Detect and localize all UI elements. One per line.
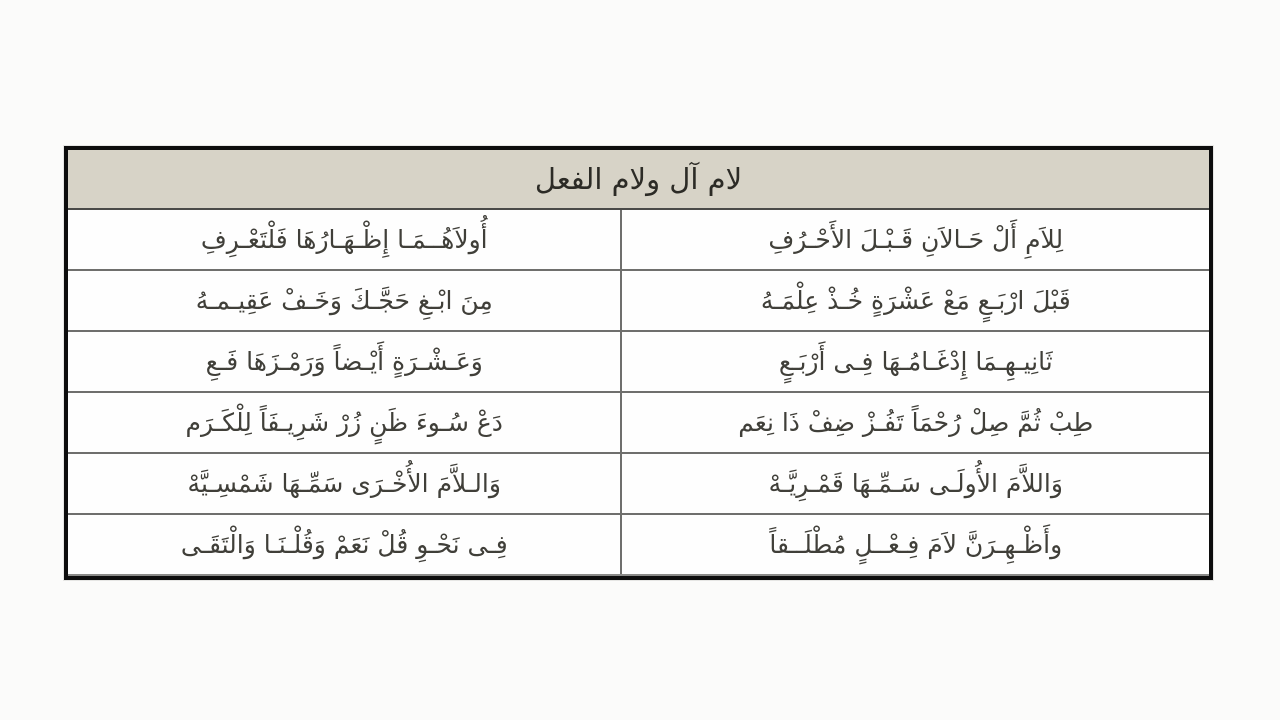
verse-1-first-hemistich: لِلاَمِ أَلْ حَـالاَنِ قَـبْـلَ الأَحْـر… — [620, 210, 1209, 269]
verse-5-second-hemistich: وَالـلاَّمَ الأُخْـرَى سَمِّـهَا شَمْسِـ… — [68, 454, 620, 513]
table-row: قَبْلَ ارْبَـعٍ مَعْ عَشْرَةٍ خُـذْ عِلْ… — [68, 271, 1209, 332]
verse-2-second-hemistich: مِنَ ابْـغِ حَجَّـكَ وَخَـفْ عَقِيـمـهُ — [68, 271, 620, 330]
table-title: لام آل ولام الفعل — [68, 150, 1209, 210]
verse-table: لام آل ولام الفعل لِلاَمِ أَلْ حَـالاَنِ… — [64, 146, 1213, 580]
verse-6-second-hemistich: فِـى نَحْـوِ قُلْ نَعَمْ وَقُلْـنَـا وَا… — [68, 515, 620, 574]
verse-5-first-hemistich: وَاللاَّمَ الأُولَـى سَـمِّـهَا قَمْـرِي… — [620, 454, 1209, 513]
verse-4-first-hemistich: طِبْ ثُمَّ صِلْ رُحْمَاً تَفُـزْ ضِفْ ذَ… — [620, 393, 1209, 452]
verse-3-second-hemistich: وَعَـشْـرَةٍ أَيْـضاً وَرَمْـزَهَا فَـعِ — [68, 332, 620, 391]
table-row: وأَظْـهِـرَنَّ لاَمَ فِـعْــلٍ مُطْلَــق… — [68, 515, 1209, 576]
verse-4-second-hemistich: دَعْ سُـوءَ ظَنٍ زُرْ شَرِيـفَاً لِلْكَـ… — [68, 393, 620, 452]
table-row: وَاللاَّمَ الأُولَـى سَـمِّـهَا قَمْـرِي… — [68, 454, 1209, 515]
table-row: لِلاَمِ أَلْ حَـالاَنِ قَـبْـلَ الأَحْـر… — [68, 210, 1209, 271]
table-row: طِبْ ثُمَّ صِلْ رُحْمَاً تَفُـزْ ضِفْ ذَ… — [68, 393, 1209, 454]
verse-3-first-hemistich: ثَانِيـهِـمَا إِدْغَـامُـهَا فِـى أَرْبَ… — [620, 332, 1209, 391]
table-row: ثَانِيـهِـمَا إِدْغَـامُـهَا فِـى أَرْبَ… — [68, 332, 1209, 393]
slide-page: { "table": { "title": "لام آل ولام الفعل… — [0, 0, 1280, 720]
verse-1-second-hemistich: أُولاَهُــمَـا إِظْـهَـارُهَا فَلْتَعْـر… — [68, 210, 620, 269]
verse-6-first-hemistich: وأَظْـهِـرَنَّ لاَمَ فِـعْــلٍ مُطْلَــق… — [620, 515, 1209, 574]
verse-2-first-hemistich: قَبْلَ ارْبَـعٍ مَعْ عَشْرَةٍ خُـذْ عِلْ… — [620, 271, 1209, 330]
